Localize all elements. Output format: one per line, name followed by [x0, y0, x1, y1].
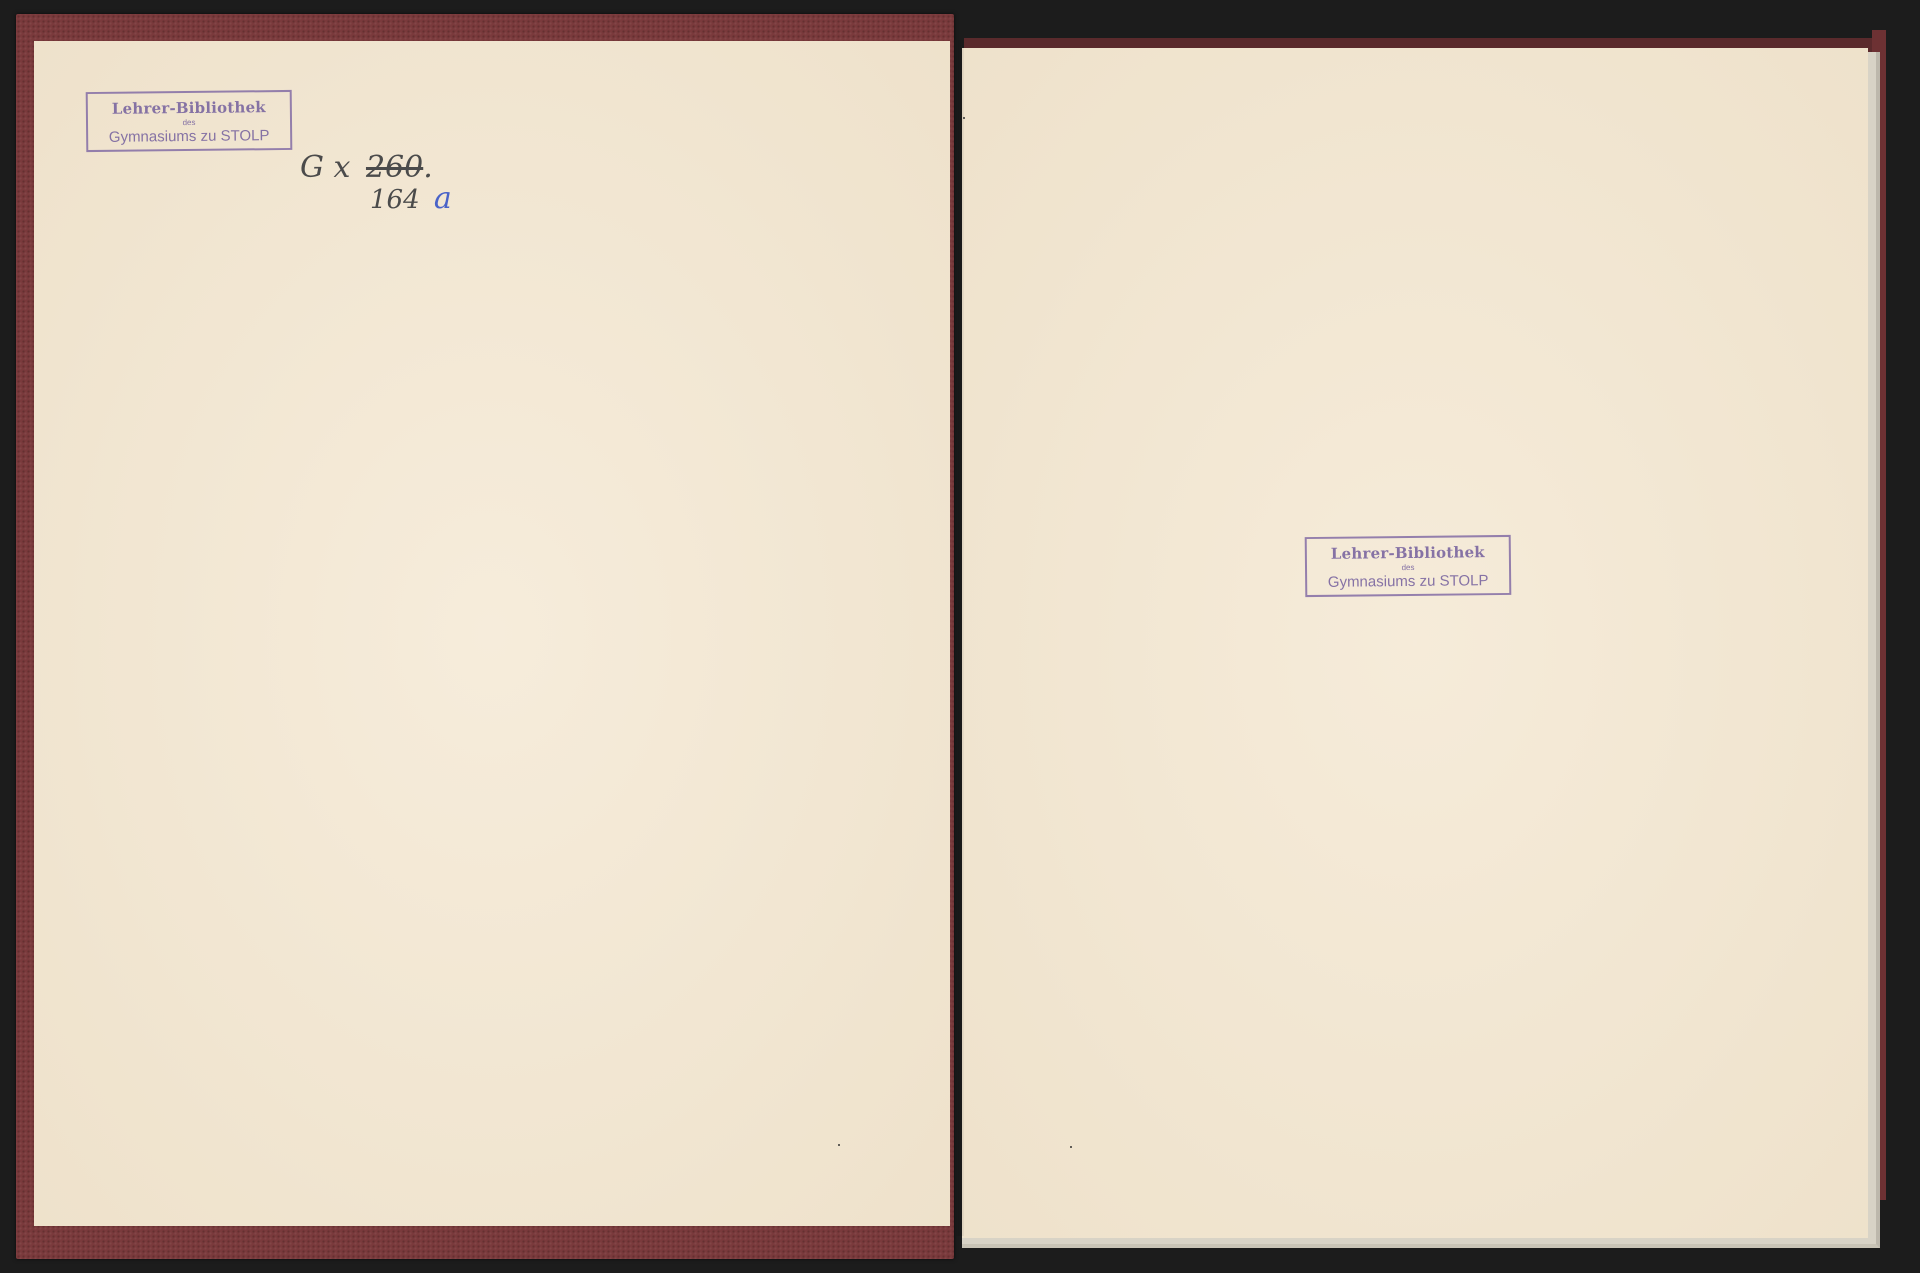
left-pastedown-page: [34, 41, 950, 1226]
gutter-fold: [956, 40, 964, 1236]
shelfmark-number: 164: [370, 185, 420, 215]
book-spread: Lehrer-Bibliothek des Gymnasiums zu STOL…: [0, 0, 1920, 1273]
handwritten-shelfmark: G x 260. 164 a: [300, 150, 452, 216]
shelfmark-struck-number: 260: [366, 150, 423, 185]
paper-speck: [1070, 1146, 1072, 1148]
paper-speck: [838, 1144, 840, 1146]
stamp-line-library: Lehrer-Bibliothek: [1317, 543, 1499, 563]
stamp-line-des: des: [1317, 562, 1499, 573]
stamp-line-school: Gymnasiums zu STOLP: [98, 127, 280, 146]
shelfmark-prefix: G x: [300, 150, 350, 185]
shelfmark-suffix: a: [434, 181, 452, 216]
stamp-line-school: Gymnasiums zu STOLP: [1317, 572, 1499, 591]
library-stamp-right: Lehrer-Bibliothek des Gymnasiums zu STOL…: [1305, 535, 1512, 597]
library-stamp-left: Lehrer-Bibliothek des Gymnasiums zu STOL…: [86, 90, 293, 152]
stamp-line-des: des: [98, 117, 280, 128]
paper-speck: [963, 117, 965, 119]
right-flyleaf-page: [962, 48, 1868, 1238]
stamp-line-library: Lehrer-Bibliothek: [98, 98, 280, 118]
